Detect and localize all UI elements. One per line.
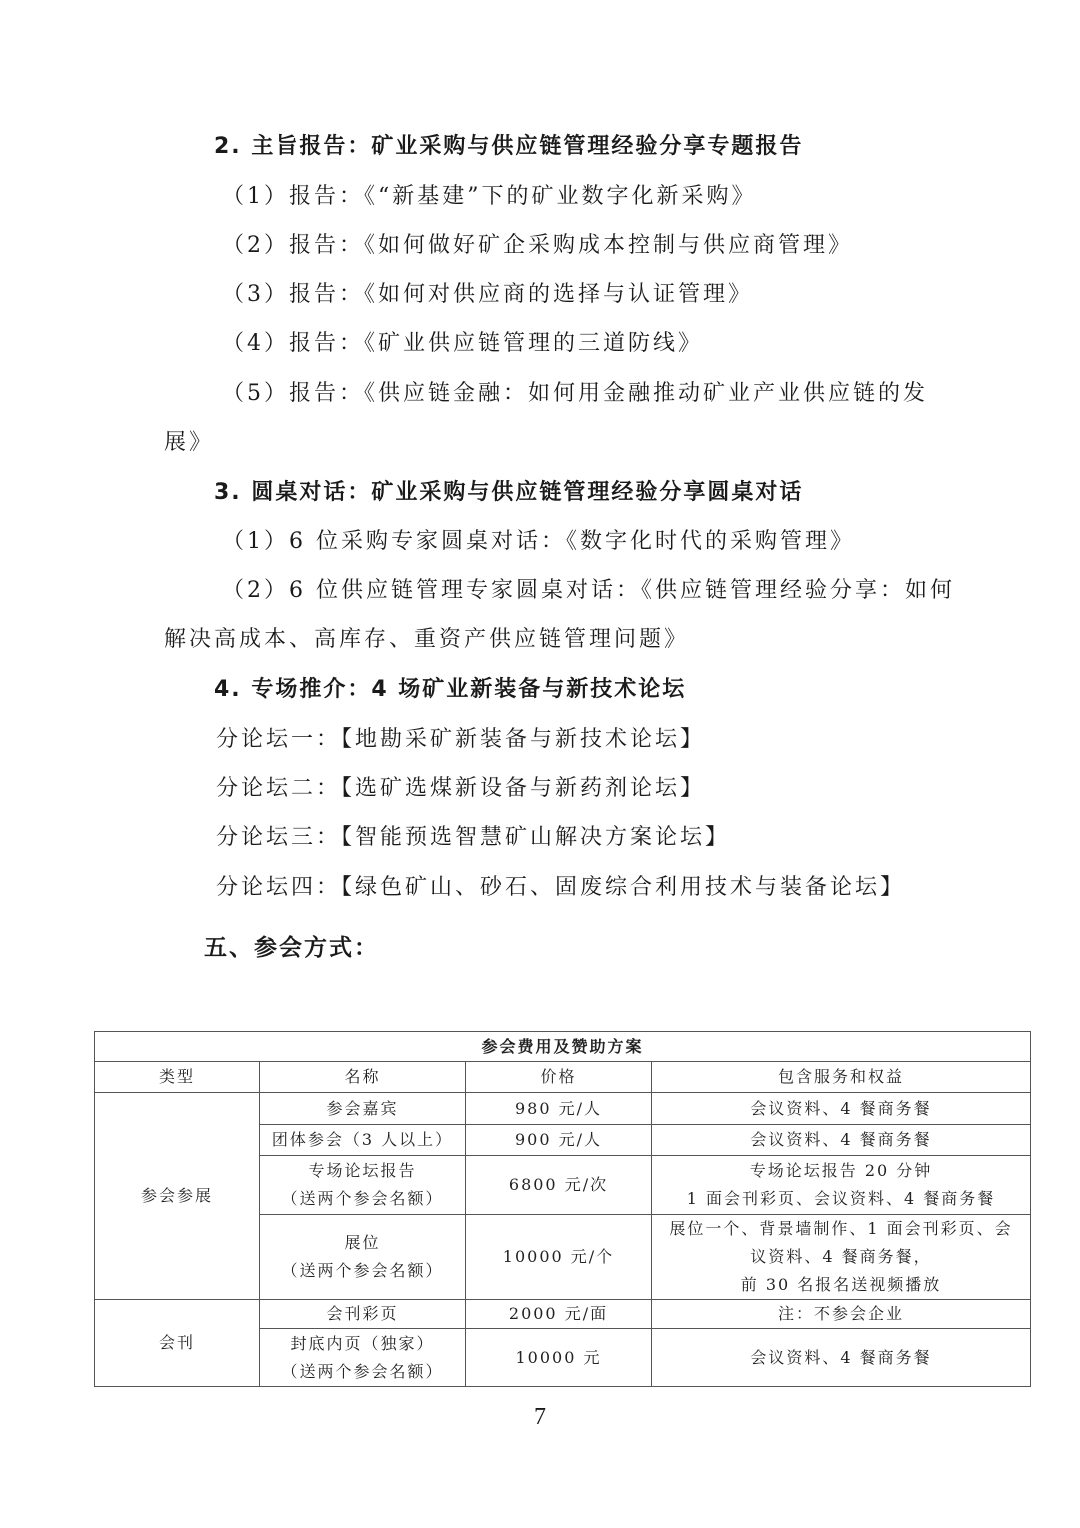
report-item-4: （4）报告：《矿业供应链管理的三道防线》 <box>222 333 703 355</box>
price-cell: 6800 元/次 <box>466 1156 652 1215</box>
forum-item-3: 分论坛三：【智能预选智慧矿山解决方案论坛】 <box>216 827 730 849</box>
benefits-line: 展位一个、背景墙制作、1 面会刊彩页、会 <box>656 1215 1026 1243</box>
section-2-heading: 2. 主旨报告：矿业采购与供应链管理经验分享专题报告 <box>214 136 803 158</box>
section-5-heading: 五、参会方式： <box>204 937 379 960</box>
table-row: 会刊 会刊彩页 2000 元/面 注：不参会企业 <box>95 1300 1031 1329</box>
roundtable-item-1: （1）6 位采购专家圆桌对话：《数字化时代的采购管理》 <box>222 531 855 553</box>
price-cell: 2000 元/面 <box>466 1300 652 1329</box>
benefits-cell: 展位一个、背景墙制作、1 面会刊彩页、会 议资料、4 餐商务餐， 前 30 名报… <box>652 1215 1031 1300</box>
report-item-5: （5）报告：《供应链金融：如何用金融推动矿业产业供应链的发 <box>222 383 928 405</box>
header-benefits: 包含服务和权益 <box>652 1062 1031 1093</box>
section-4-heading: 4. 专场推介：4 场矿业新装备与新技术论坛 <box>214 679 686 701</box>
report-item-5-wrap: 展》 <box>164 432 214 454</box>
fee-table-title: 参会费用及赞助方案 <box>95 1032 1031 1062</box>
report-item-2: （2）报告：《如何做好矿企采购成本控制与供应商管理》 <box>222 235 853 257</box>
fee-table-header-row: 类型 名称 价格 包含服务和权益 <box>95 1062 1031 1093</box>
benefits-line: 前 30 名报名送视频播放 <box>656 1271 1026 1299</box>
name-cell: 会刊彩页 <box>260 1300 466 1329</box>
name-cell: 专场论坛报告 （送两个参会名额） <box>260 1156 466 1215</box>
price-cell: 10000 元/个 <box>466 1215 652 1300</box>
forum-item-2: 分论坛二：【选矿选煤新设备与新药剂论坛】 <box>216 778 705 800</box>
section-3-heading: 3. 圆桌对话：矿业采购与供应链管理经验分享圆桌对话 <box>214 482 803 504</box>
benefits-cell: 注：不参会企业 <box>652 1300 1031 1329</box>
header-type: 类型 <box>95 1062 260 1093</box>
benefits-cell: 会议资料、4 餐商务餐 <box>652 1093 1031 1125</box>
page-number: 7 <box>0 1404 1080 1431</box>
name-line: （送两个参会名额） <box>264 1358 461 1386</box>
name-line: （送两个参会名额） <box>264 1185 461 1213</box>
table-row: 参会参展 参会嘉宾 980 元/人 会议资料、4 餐商务餐 <box>95 1093 1031 1125</box>
benefits-cell: 会议资料、4 餐商务餐 <box>652 1125 1031 1156</box>
forum-item-4: 分论坛四：【绿色矿山、砂石、固废综合利用技术与装备论坛】 <box>216 877 905 899</box>
price-cell: 900 元/人 <box>466 1125 652 1156</box>
name-cell: 展位 （送两个参会名额） <box>260 1215 466 1300</box>
name-line: 专场论坛报告 <box>264 1157 461 1185</box>
benefits-line: 议资料、4 餐商务餐， <box>656 1243 1026 1271</box>
fee-table: 参会费用及赞助方案 类型 名称 价格 包含服务和权益 参会参展 参会嘉宾 980… <box>94 1031 1031 1387</box>
type-cell: 参会参展 <box>95 1093 260 1300</box>
name-cell: 封底内页（独家） （送两个参会名额） <box>260 1329 466 1387</box>
name-cell: 团体参会（3 人以上） <box>260 1125 466 1156</box>
name-line: 展位 <box>264 1229 461 1257</box>
price-cell: 980 元/人 <box>466 1093 652 1125</box>
type-cell: 会刊 <box>95 1300 260 1387</box>
name-line: （送两个参会名额） <box>264 1257 461 1285</box>
benefits-cell: 专场论坛报告 20 分钟 1 面会刊彩页、会议资料、4 餐商务餐 <box>652 1156 1031 1215</box>
report-item-3: （3）报告：《如何对供应商的选择与认证管理》 <box>222 284 753 306</box>
roundtable-item-2-wrap: 解决高成本、高库存、重资产供应链管理问题》 <box>164 629 689 651</box>
header-price: 价格 <box>466 1062 652 1093</box>
benefits-line: 1 面会刊彩页、会议资料、4 餐商务餐 <box>656 1185 1026 1213</box>
price-cell: 10000 元 <box>466 1329 652 1387</box>
roundtable-item-2: （2）6 位供应链管理专家圆桌对话：《供应链管理经验分享：如何 <box>222 580 955 602</box>
forum-item-1: 分论坛一：【地勘采矿新装备与新技术论坛】 <box>216 729 705 751</box>
header-name: 名称 <box>260 1062 466 1093</box>
name-cell: 参会嘉宾 <box>260 1093 466 1125</box>
benefits-line: 专场论坛报告 20 分钟 <box>656 1157 1026 1185</box>
report-item-1: （1）报告：《“新基建”下的矿业数字化新采购》 <box>222 186 757 208</box>
name-line: 封底内页（独家） <box>264 1330 461 1358</box>
benefits-cell: 会议资料、4 餐商务餐 <box>652 1329 1031 1387</box>
